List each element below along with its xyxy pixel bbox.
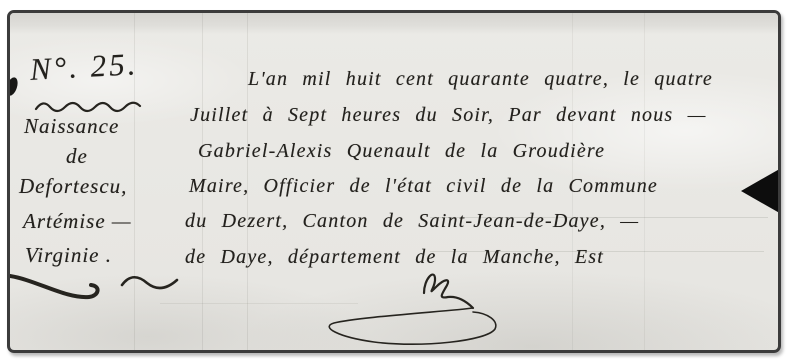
page-fold-wedge	[741, 165, 781, 217]
margin-line-middlename: Virginie .	[25, 243, 112, 268]
act-body-line: Juillet à Sept heures du Soir, Par devan…	[190, 104, 707, 127]
margin-record-number: N°. 25.	[29, 46, 139, 88]
scanned-register-page: N°. 25. Naissance de Defortescu, Artémis…	[0, 0, 790, 364]
paraph-signature-flourish	[302, 263, 517, 353]
act-body-line: L'an mil huit cent quarante quatre, le q…	[248, 68, 713, 91]
ink-smudge	[7, 76, 20, 97]
act-body-line: du Dezert, Canton de Saint-Jean-de-Daye,…	[185, 210, 639, 233]
scan-frame: N°. 25. Naissance de Defortescu, Artémis…	[7, 10, 781, 353]
margin-swash-flourish	[10, 268, 195, 316]
act-body-line: Gabriel-Alexis Quenault de la Groudière	[198, 140, 605, 163]
act-body-line: Maire, Officier de l'état civil de la Co…	[189, 175, 658, 198]
margin-line-naissance: Naissance	[24, 114, 119, 139]
margin-line-de: de	[66, 144, 88, 169]
margin-line-firstname: Artémise —	[23, 209, 132, 234]
scan-top-shadow-band	[10, 13, 778, 34]
margin-line-surname: Defortescu,	[19, 174, 127, 199]
